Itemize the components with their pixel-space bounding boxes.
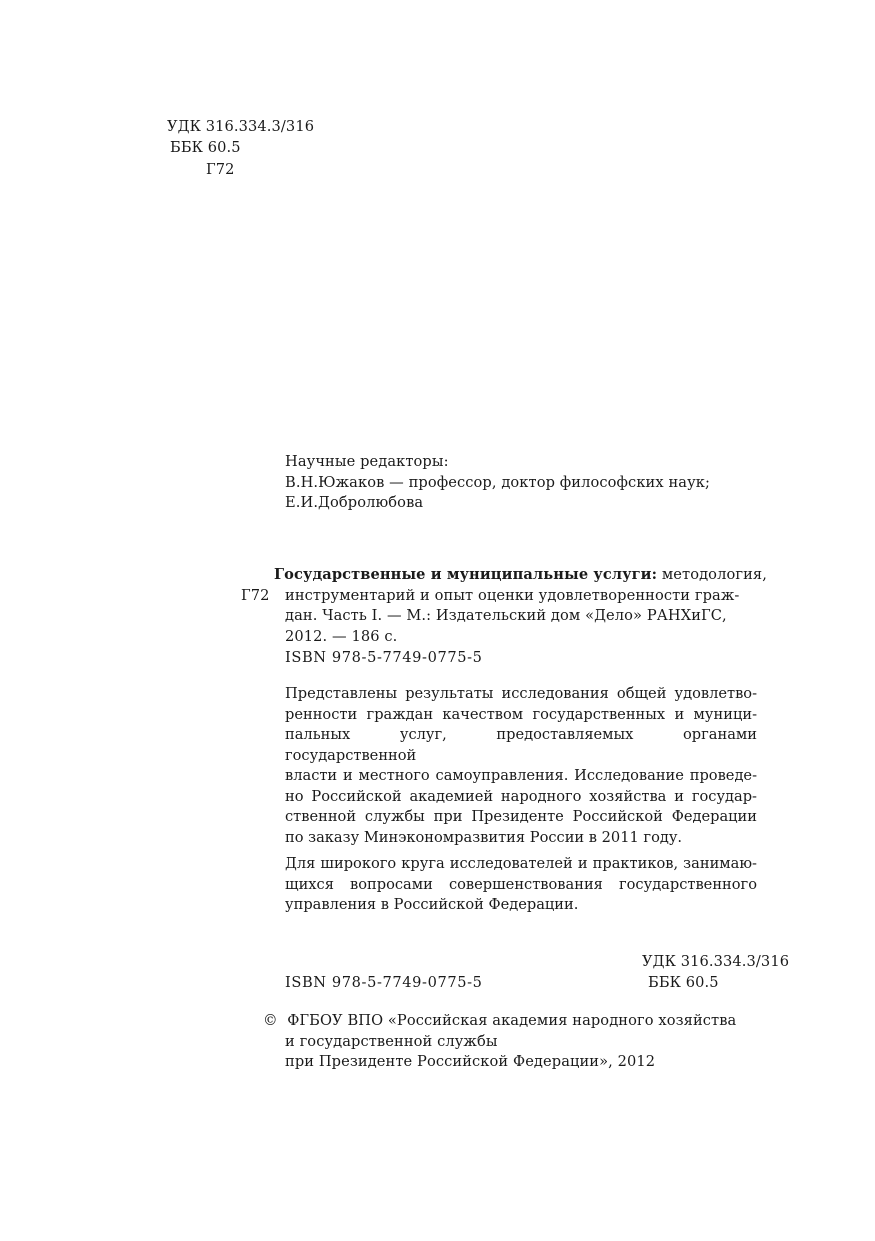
annotation-line: власти и местного самоуправления. Исслед… bbox=[285, 766, 757, 787]
scientific-editors: Научные редакторы: В.Н.Южаков — профессо… bbox=[285, 452, 710, 514]
editors-heading: Научные редакторы: bbox=[285, 452, 710, 473]
annotation-line: Для широкого круга исследователей и прак… bbox=[285, 854, 757, 875]
author-mark-bib: Г72 bbox=[241, 586, 270, 607]
annotation-line: управления в Российской Федерации. bbox=[285, 895, 757, 916]
annotation: Представлены результаты исследования общ… bbox=[285, 684, 757, 922]
book-subtitle-start: методология, bbox=[657, 566, 767, 583]
copyright-line: и государственной службы bbox=[263, 1032, 736, 1053]
isbn-bib: ISBN 978-5-7749-0775-5 bbox=[285, 648, 483, 669]
bibliographic-record: Государственные и муниципальные услуги: … bbox=[274, 565, 767, 647]
book-title: Государственные и муниципальные услуги: bbox=[274, 566, 657, 583]
editor-line: Е.И.Добролюбова bbox=[285, 493, 710, 514]
bib-line: 2012. — 186 с. bbox=[274, 627, 767, 648]
annotation-line: пальных услуг, предоставляемых органами … bbox=[285, 725, 757, 766]
annotation-paragraph: Для широкого круга исследователей и прак… bbox=[285, 854, 757, 916]
annotation-paragraph: Представлены результаты исследования общ… bbox=[285, 684, 757, 848]
copyright-symbol: © bbox=[263, 1012, 278, 1029]
annotation-line: ренности граждан качеством государственн… bbox=[285, 705, 757, 726]
bbk-code-bottom: ББК 60.5 bbox=[648, 973, 719, 994]
udk-code-bottom: УДК 316.334.3/316 bbox=[642, 952, 789, 973]
bib-title-line: Государственные и муниципальные услуги: … bbox=[274, 565, 767, 586]
author-mark-top: Г72 bbox=[206, 160, 235, 181]
isbn-bottom: ISBN 978-5-7749-0775-5 bbox=[285, 973, 483, 994]
copyright-line: © ФГБОУ ВПО «Российская академия народно… bbox=[263, 1011, 736, 1032]
bib-line: дан. Часть I. — М.: Издательский дом «Де… bbox=[274, 606, 767, 627]
editor-line: В.Н.Южаков — профессор, доктор философск… bbox=[285, 473, 710, 494]
annotation-line: ственной службы при Президенте Российско… bbox=[285, 807, 757, 828]
annotation-line: по заказу Минэкономразвития России в 201… bbox=[285, 828, 757, 849]
copyright-notice: © ФГБОУ ВПО «Российская академия народно… bbox=[263, 1011, 736, 1073]
bib-line: инструментарий и опыт оценки удовлетворе… bbox=[274, 586, 767, 607]
annotation-line: Представлены результаты исследования общ… bbox=[285, 684, 757, 705]
bbk-code-top: ББК 60.5 bbox=[170, 138, 241, 159]
udk-code-top: УДК 316.334.3/316 bbox=[167, 117, 314, 138]
annotation-line: но Российской академией народного хозяйс… bbox=[285, 787, 757, 808]
copyright-holder: ФГБОУ ВПО «Российская академия народного… bbox=[287, 1012, 736, 1029]
copyright-line: при Президенте Российской Федерации», 20… bbox=[263, 1052, 736, 1073]
annotation-line: щихся вопросами совершенствования госуда… bbox=[285, 875, 757, 896]
